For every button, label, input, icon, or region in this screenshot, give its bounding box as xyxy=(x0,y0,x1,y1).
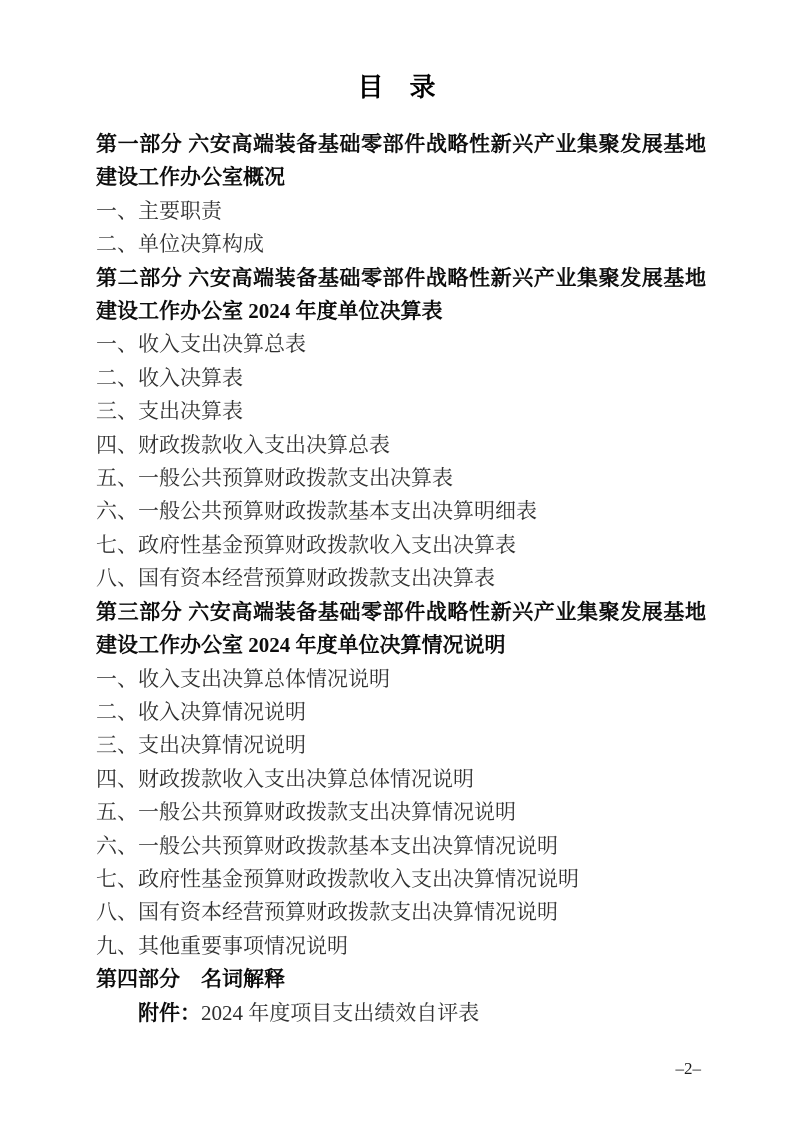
toc-item: 六、一般公共预算财政拨款基本支出决算明细表 xyxy=(96,495,706,528)
toc-attachment-line: 附件：2024 年度项目支出绩效自评表 xyxy=(96,997,706,1030)
toc-item: 三、支出决算情况说明 xyxy=(96,729,706,762)
toc-item: 二、收入决算表 xyxy=(96,362,706,395)
table-of-contents: 第一部分 六安高端装备基础零部件战略性新兴产业集聚发展基地建设工作办公室概况 一… xyxy=(96,128,706,1030)
attachment-label: 附件： xyxy=(138,1001,201,1025)
toc-item: 一、主要职责 xyxy=(96,195,706,228)
document-page: 目 录 第一部分 六安高端装备基础零部件战略性新兴产业集聚发展基地建设工作办公室… xyxy=(0,0,793,1122)
toc-item: 四、财政拨款收入支出决算总体情况说明 xyxy=(96,763,706,796)
toc-item: 八、国有资本经营预算财政拨款支出决算情况说明 xyxy=(96,896,706,929)
toc-item: 八、国有资本经营预算财政拨款支出决算表 xyxy=(96,562,706,595)
toc-item: 五、一般公共预算财政拨款支出决算情况说明 xyxy=(96,796,706,829)
toc-item: 五、一般公共预算财政拨款支出决算表 xyxy=(96,462,706,495)
toc-item: 六、一般公共预算财政拨款基本支出决算情况说明 xyxy=(96,830,706,863)
page-number: –2– xyxy=(676,1058,702,1080)
toc-item: 三、支出决算表 xyxy=(96,395,706,428)
page-title: 目 录 xyxy=(0,70,793,104)
toc-item: 九、其他重要事项情况说明 xyxy=(96,930,706,963)
attachment-text: 2024 年度项目支出绩效自评表 xyxy=(201,1001,479,1025)
toc-item: 二、单位决算构成 xyxy=(96,228,706,261)
toc-section-2-heading: 第二部分 六安高端装备基础零部件战略性新兴产业集聚发展基地建设工作办公室 202… xyxy=(96,262,706,329)
toc-item: 七、政府性基金预算财政拨款收入支出决算表 xyxy=(96,529,706,562)
toc-section-3-heading: 第三部分 六安高端装备基础零部件战略性新兴产业集聚发展基地建设工作办公室 202… xyxy=(96,596,706,663)
toc-item: 四、财政拨款收入支出决算总表 xyxy=(96,429,706,462)
toc-section-4-heading: 第四部分 名词解释 xyxy=(96,963,706,996)
toc-item: 七、政府性基金预算财政拨款收入支出决算情况说明 xyxy=(96,863,706,896)
toc-section-1-heading: 第一部分 六安高端装备基础零部件战略性新兴产业集聚发展基地建设工作办公室概况 xyxy=(96,128,706,195)
toc-item: 二、收入决算情况说明 xyxy=(96,696,706,729)
toc-item: 一、收入支出决算总表 xyxy=(96,328,706,361)
toc-item: 一、收入支出决算总体情况说明 xyxy=(96,663,706,696)
